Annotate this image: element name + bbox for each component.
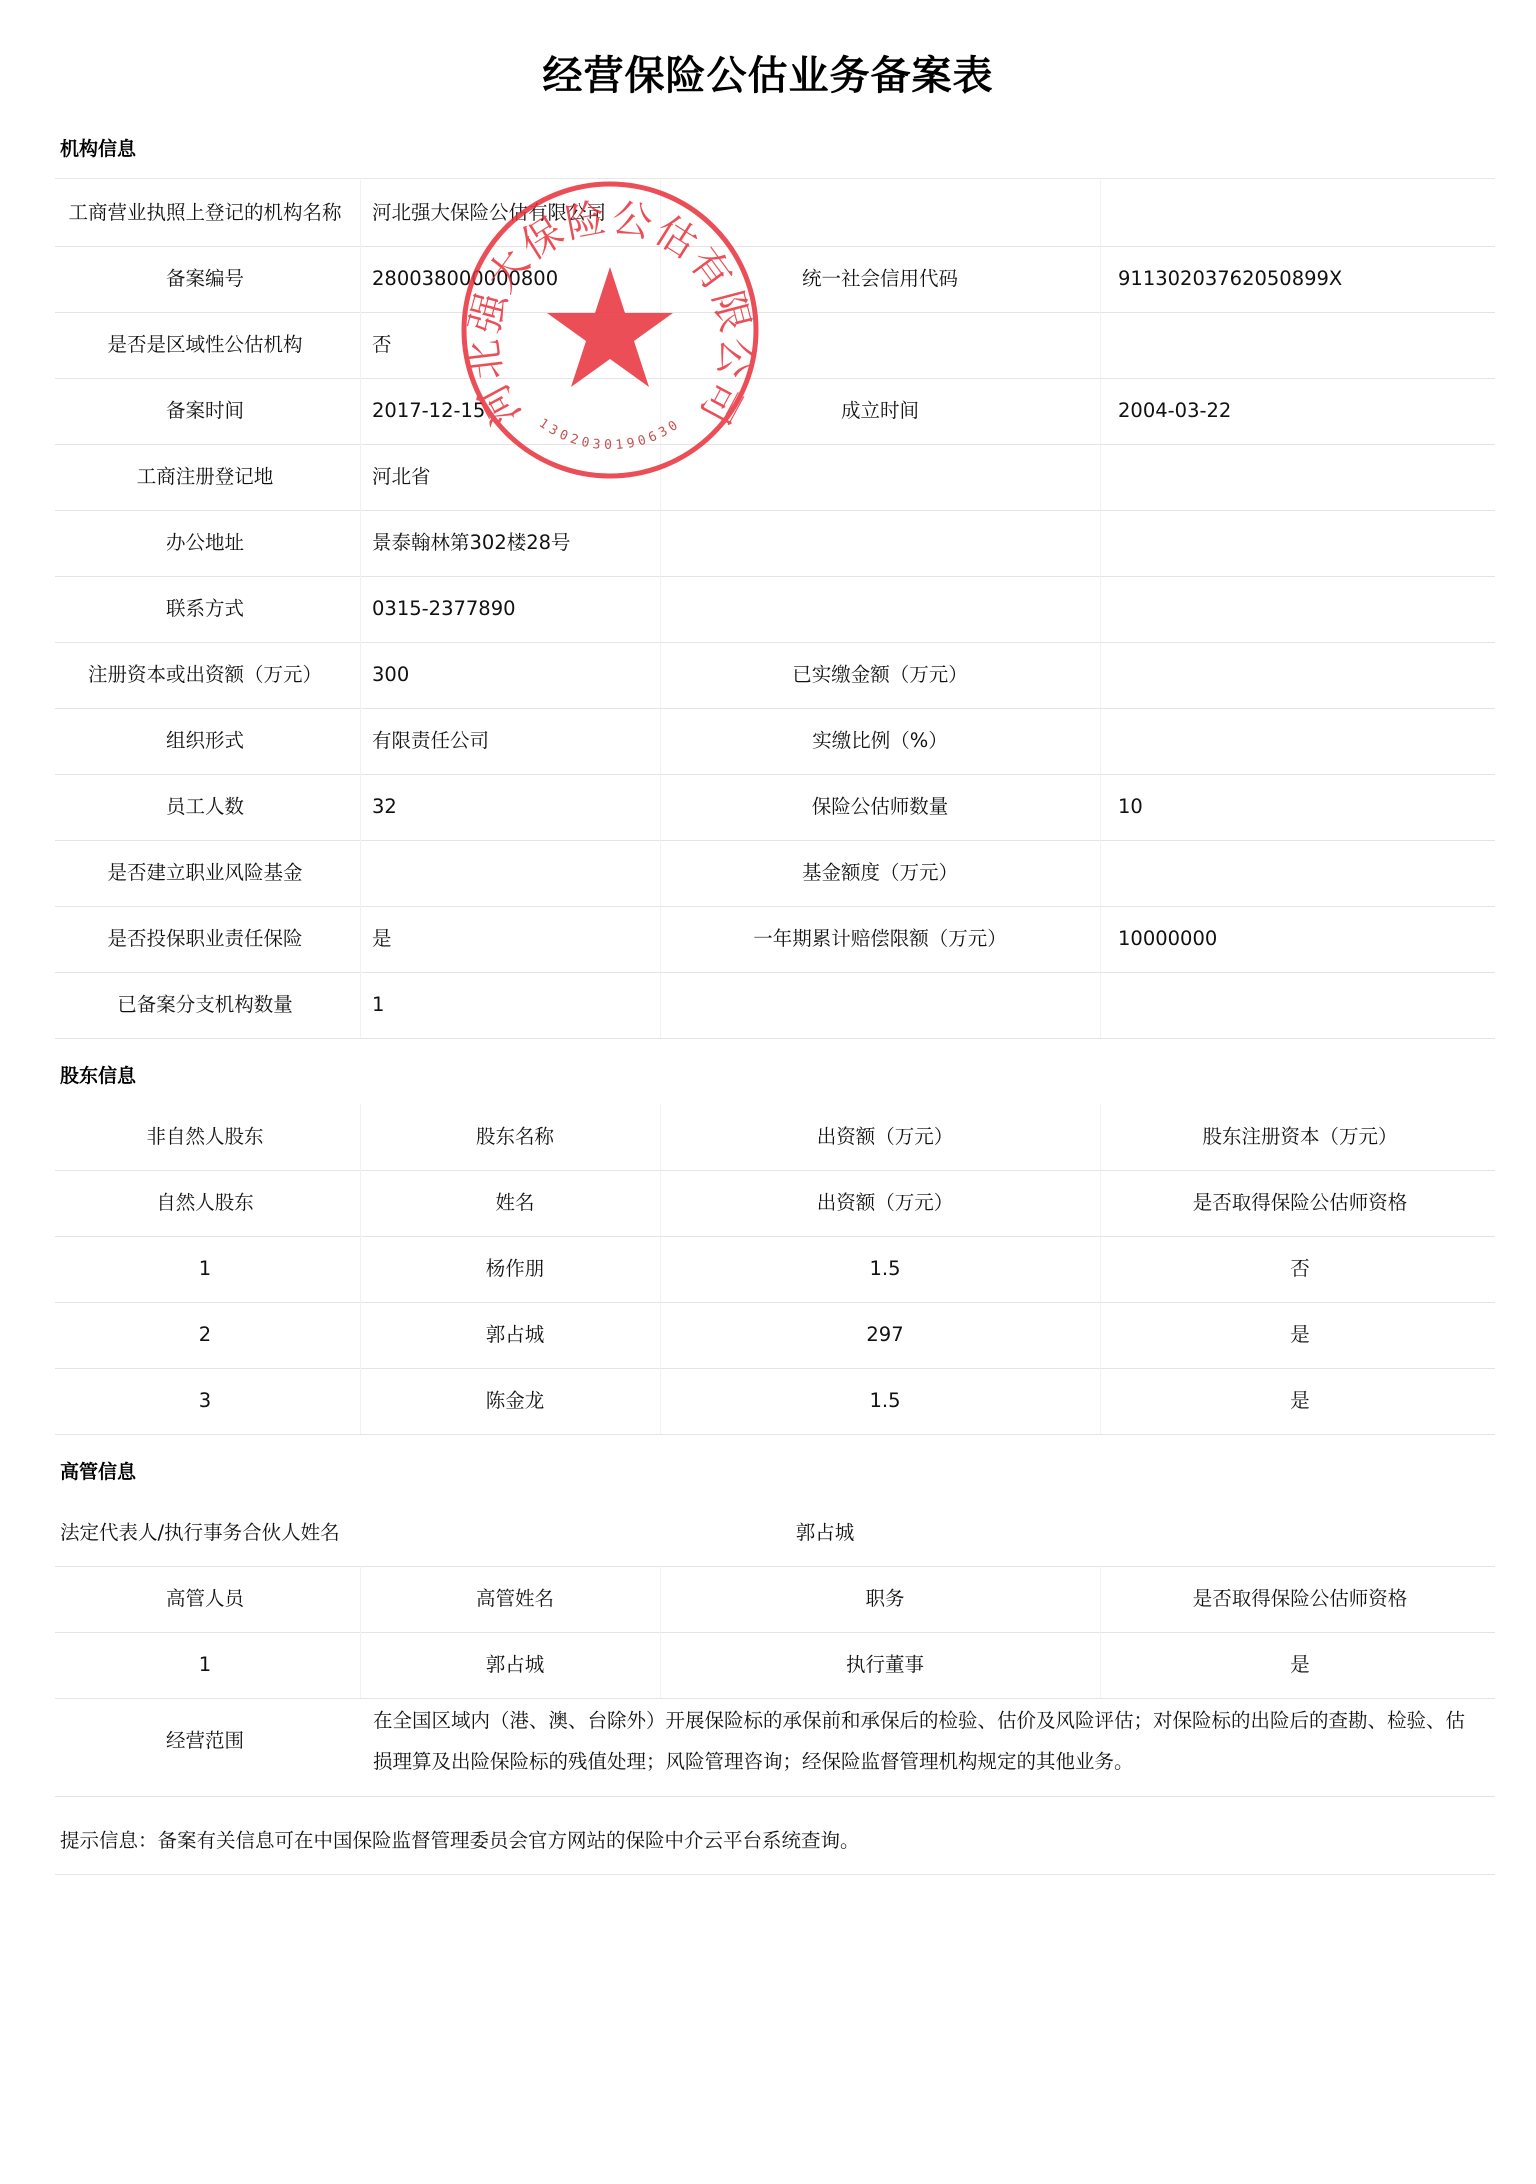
- table-row: 是否投保职业责任保险是一年期累计赔偿限额（万元）10000000: [55, 906, 1495, 973]
- field-label: 办公地址: [55, 510, 355, 576]
- field-label: 是否投保职业责任保险: [55, 906, 355, 972]
- field-label: [665, 972, 1095, 1038]
- field-label: 工商营业执照上登记的机构名称: [55, 180, 355, 246]
- field-value: 河北省: [372, 444, 431, 510]
- divider: [1100, 576, 1101, 642]
- field-label: [665, 576, 1095, 642]
- divider: [1100, 642, 1101, 708]
- table-cell: 是否取得保险公估师资格: [1100, 1566, 1500, 1632]
- divider: [1100, 378, 1101, 444]
- field-label: 成立时间: [665, 378, 1095, 444]
- table-row: 高管人员高管姓名职务是否取得保险公估师资格: [55, 1566, 1495, 1633]
- section-title-shareholders: 股东信息: [60, 1061, 136, 1088]
- table-cell: 是: [1100, 1368, 1500, 1434]
- table-row: 2郭占城297是: [55, 1302, 1495, 1369]
- table-row: 3陈金龙1.5是: [55, 1368, 1495, 1435]
- table-row: 非自然人股东股东名称出资额（万元）股东注册资本（万元）: [55, 1104, 1495, 1171]
- field-label: 已备案分支机构数量: [55, 972, 355, 1038]
- divider: [360, 444, 361, 510]
- divider: [660, 510, 661, 576]
- field-value: 10: [1118, 774, 1143, 840]
- divider: [360, 972, 361, 1038]
- field-label: 基金额度（万元）: [665, 840, 1095, 906]
- table-cell: 陈金龙: [315, 1368, 715, 1434]
- divider: [360, 510, 361, 576]
- divider: [660, 576, 661, 642]
- divider: [660, 840, 661, 906]
- divider: [360, 246, 361, 312]
- divider: [360, 774, 361, 840]
- table-row: 员工人数32保险公估师数量10: [55, 774, 1495, 841]
- legal-rep-value: 郭占城: [725, 1500, 925, 1566]
- field-value: 32: [372, 774, 397, 840]
- field-label: 是否建立职业风险基金: [55, 840, 355, 906]
- table-cell: 姓名: [315, 1170, 715, 1236]
- field-value: 280038000000800: [372, 246, 558, 312]
- business-scope-row: 经营范围 在全国区域内（港、澳、台除外）开展保险标的承保前和承保后的检验、估价及…: [55, 1686, 1495, 1797]
- divider: [360, 642, 361, 708]
- field-value: 10000000: [1118, 906, 1217, 972]
- field-value: 300: [372, 642, 409, 708]
- field-label: [665, 444, 1095, 510]
- divider: [1100, 246, 1101, 312]
- table-cell: 是否取得保险公估师资格: [1100, 1170, 1500, 1236]
- field-value: 2017-12-15: [372, 378, 485, 444]
- field-label: 保险公估师数量: [665, 774, 1095, 840]
- table-row: 自然人股东姓名出资额（万元）是否取得保险公估师资格: [55, 1170, 1495, 1237]
- field-label: 统一社会信用代码: [665, 246, 1095, 312]
- table-row: 注册资本或出资额（万元）300已实缴金额（万元）: [55, 642, 1495, 709]
- field-label: 组织形式: [55, 708, 355, 774]
- field-value: 否: [372, 312, 392, 378]
- divider: [1100, 444, 1101, 510]
- table-row: 工商营业执照上登记的机构名称河北强大保险公估有限公司: [55, 180, 1495, 247]
- field-value: 1: [372, 972, 384, 1038]
- divider: [660, 444, 661, 510]
- table-cell: 出资额（万元）: [685, 1104, 1085, 1170]
- divider: [1100, 708, 1101, 774]
- table-cell: 297: [685, 1302, 1085, 1368]
- table-cell: 出资额（万元）: [685, 1170, 1085, 1236]
- table-cell: 股东名称: [315, 1104, 715, 1170]
- table-cell: 职务: [685, 1566, 1085, 1632]
- divider: [660, 312, 661, 378]
- divider: [1100, 312, 1101, 378]
- divider: [660, 180, 661, 246]
- field-value: 有限责任公司: [372, 708, 489, 774]
- table-cell: 杨作朋: [315, 1236, 715, 1302]
- divider: [360, 378, 361, 444]
- field-label: 备案编号: [55, 246, 355, 312]
- divider: [360, 906, 361, 972]
- table-row: 是否建立职业风险基金基金额度（万元）: [55, 840, 1495, 907]
- divider: [660, 906, 661, 972]
- divider: [660, 378, 661, 444]
- section-title-executives: 高管信息: [60, 1457, 136, 1484]
- table-row: 备案时间2017-12-15成立时间2004-03-22: [55, 378, 1495, 445]
- field-label: 员工人数: [55, 774, 355, 840]
- field-label: 联系方式: [55, 576, 355, 642]
- table-row: 工商注册登记地河北省: [55, 444, 1495, 511]
- field-label: 实缴比例（%）: [665, 708, 1095, 774]
- section-title-org-info: 机构信息: [60, 134, 136, 161]
- divider: [1100, 510, 1101, 576]
- field-label: [665, 312, 1095, 378]
- field-label: 注册资本或出资额（万元）: [55, 642, 355, 708]
- field-label: [665, 180, 1095, 246]
- field-value: 91130203762050899X: [1118, 246, 1342, 312]
- table-row: 备案编号280038000000800统一社会信用代码9113020376205…: [55, 246, 1495, 313]
- business-scope-label: 经营范围: [55, 1686, 355, 1796]
- table-row: 联系方式0315-2377890: [55, 576, 1495, 643]
- legal-rep-label: 法定代表人/执行事务合伙人姓名: [60, 1500, 340, 1566]
- field-value: 景泰翰林第302楼28号: [372, 510, 571, 576]
- divider: [360, 708, 361, 774]
- divider: [55, 178, 1495, 179]
- divider: [1100, 774, 1101, 840]
- divider: [660, 774, 661, 840]
- tip-text: 提示信息：备案有关信息可在中国保险监督管理委员会官方网站的保险中介云平台系统查询…: [60, 1825, 860, 1853]
- table-cell: 1.5: [685, 1368, 1085, 1434]
- field-value: 2004-03-22: [1118, 378, 1231, 444]
- field-value: 0315-2377890: [372, 576, 516, 642]
- field-label: 备案时间: [55, 378, 355, 444]
- divider: [660, 972, 661, 1038]
- table-row: 1杨作朋1.5否: [55, 1236, 1495, 1303]
- divider: [360, 312, 361, 378]
- table-row: 已备案分支机构数量1: [55, 972, 1495, 1039]
- table-cell: 否: [1100, 1236, 1500, 1302]
- divider: [360, 840, 361, 906]
- divider: [660, 708, 661, 774]
- table-row: 组织形式有限责任公司实缴比例（%）: [55, 708, 1495, 775]
- table-cell: 高管姓名: [315, 1566, 715, 1632]
- field-label: 工商注册登记地: [55, 444, 355, 510]
- divider: [360, 576, 361, 642]
- divider: [55, 1874, 1495, 1875]
- divider: [660, 642, 661, 708]
- divider: [1100, 180, 1101, 246]
- field-label: 是否是区域性公估机构: [55, 312, 355, 378]
- divider: [1100, 840, 1101, 906]
- field-label: 一年期累计赔偿限额（万元）: [665, 906, 1095, 972]
- field-value: 河北强大保险公估有限公司: [372, 180, 606, 246]
- table-row: 是否是区域性公估机构否: [55, 312, 1495, 379]
- table-row: 办公地址景泰翰林第302楼28号: [55, 510, 1495, 577]
- table-cell: 股东注册资本（万元）: [1100, 1104, 1500, 1170]
- field-label: 已实缴金额（万元）: [665, 642, 1095, 708]
- divider: [1100, 972, 1101, 1038]
- divider: [360, 180, 361, 246]
- table-cell: 郭占城: [315, 1302, 715, 1368]
- table-cell: 1.5: [685, 1236, 1085, 1302]
- field-label: [665, 510, 1095, 576]
- table-cell: 是: [1100, 1302, 1500, 1368]
- divider: [1100, 906, 1101, 972]
- page-title: 经营保险公估业务备案表: [0, 44, 1536, 101]
- field-value: 是: [372, 906, 392, 972]
- legal-representative-row: 法定代表人/执行事务合伙人姓名郭占城: [55, 1500, 1495, 1567]
- business-scope-text: 在全国区域内（港、澳、台除外）开展保险标的承保前和承保后的检验、估价及风险评估；…: [373, 1700, 1483, 1782]
- divider: [660, 246, 661, 312]
